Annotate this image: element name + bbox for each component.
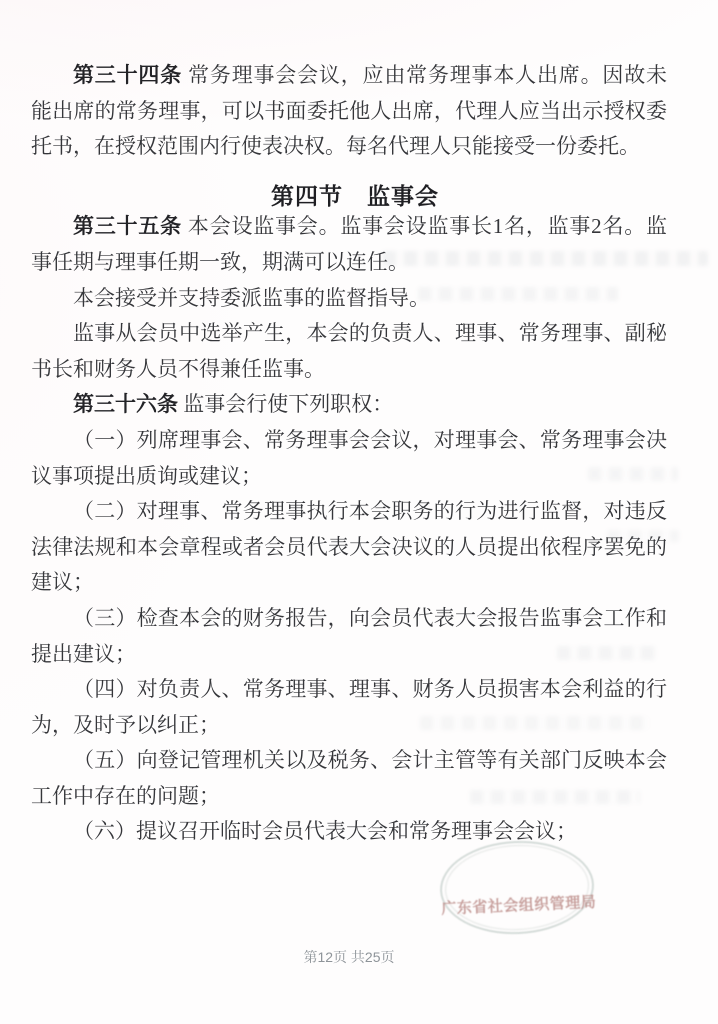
text-line: 第三十五条 本会设监事会。监事会设监事长1名，监事2名。监 bbox=[31, 209, 667, 245]
text-line: （二）对理事、常务理事执行本会职务的行为进行监督，对违反 bbox=[31, 494, 667, 530]
text-line: 建议； bbox=[31, 565, 667, 601]
text-line: 监事从会员中选举产生，本会的负责人、理事、常务理事、副秘 bbox=[31, 316, 667, 352]
line-text: 书长和财务人员不得兼任监事。 bbox=[31, 357, 325, 381]
line-text: （二）对理事、常务理事执行本会职务的行为进行监督，对违反 bbox=[73, 499, 667, 523]
text-line: 第三十四条 常务理事会会议，应由常务理事本人出席。因故未 bbox=[31, 58, 667, 94]
line-text: （五）向登记管理机关以及税务、会计主管等有关部门反映本会 bbox=[73, 748, 667, 772]
line-text: 工作中存在的问题； bbox=[31, 784, 220, 808]
text-line: 事任期与理事任期一致，期满可以连任。 bbox=[31, 245, 667, 281]
page-number: 第12页 共25页 bbox=[31, 947, 667, 967]
text-line: 提出建议； bbox=[31, 637, 667, 673]
text-line: （五）向登记管理机关以及税务、会计主管等有关部门反映本会 bbox=[31, 743, 667, 779]
stamp-ring-icon bbox=[443, 842, 591, 933]
text-line: 能出席的常务理事，可以书面委托他人出席，代理人应当出示授权委 bbox=[31, 94, 667, 130]
text-line: 法律法规和本会章程或者会员代表大会决议的人员提出依程序罢免的 bbox=[31, 530, 667, 566]
text-line: 为，及时予以纠正； bbox=[31, 708, 667, 744]
line-text: 常务理事会会议，应由常务理事本人出席。因故未 bbox=[182, 63, 667, 87]
article-number: 第三十四条 bbox=[73, 63, 182, 87]
text-line: （三）检查本会的财务报告，向会员代表大会报告监事会工作和 bbox=[31, 601, 667, 637]
line-text: 本会接受并支持委派监事的监督指导。 bbox=[73, 286, 430, 310]
line-text: （三）检查本会的财务报告，向会员代表大会报告监事会工作和 bbox=[73, 606, 667, 630]
document-page: 第三十四条 常务理事会会议，应由常务理事本人出席。因故未 能出席的常务理事，可以… bbox=[0, 0, 718, 1024]
line-text: 法律法规和本会章程或者会员代表大会决议的人员提出依程序罢免的 bbox=[31, 535, 667, 559]
text-line: 书长和财务人员不得兼任监事。 bbox=[31, 352, 667, 388]
line-text: 建议； bbox=[31, 570, 94, 594]
line-text: 托书，在授权范围内行使表决权。每名代理人只能接受一份委托。 bbox=[31, 134, 640, 158]
line-text: （一）列席理事会、常务理事会会议，对理事会、常务理事会决 bbox=[73, 428, 667, 452]
line-text: 议事项提出质询或建议； bbox=[31, 464, 262, 488]
line-text: 提出建议； bbox=[31, 642, 136, 666]
text-line: 议事项提出质询或建议； bbox=[31, 459, 667, 495]
text-line: 工作中存在的问题； bbox=[31, 779, 667, 815]
line-text: （六）提议召开临时会员代表大会和常务理事会会议； bbox=[73, 819, 577, 843]
text-line: （六）提议召开临时会员代表大会和常务理事会会议； bbox=[31, 814, 667, 850]
text-line: 本会接受并支持委派监事的监督指导。 bbox=[31, 281, 667, 317]
stamp-ring-icon bbox=[438, 838, 596, 938]
text-line: 第三十六条 监事会行使下列职权： bbox=[31, 387, 667, 423]
text-line: （四）对负责人、常务理事、理事、财务人员损害本会利益的行 bbox=[31, 672, 667, 708]
text-line: （一）列席理事会、常务理事会会议，对理事会、常务理事会决 bbox=[31, 423, 667, 459]
line-text: （四）对负责人、常务理事、理事、财务人员损害本会利益的行 bbox=[73, 677, 667, 701]
document-body: 第三十四条 常务理事会会议，应由常务理事本人出席。因故未 能出席的常务理事，可以… bbox=[31, 58, 667, 850]
line-text: 能出席的常务理事，可以书面委托他人出席，代理人应当出示授权委 bbox=[31, 99, 667, 123]
line-text: 监事从会员中选举产生，本会的负责人、理事、常务理事、副秘 bbox=[73, 321, 667, 345]
article-number: 第三十六条 bbox=[73, 392, 178, 416]
line-text: 监事会行使下列职权： bbox=[178, 392, 393, 416]
text-line: 托书，在授权范围内行使表决权。每名代理人只能接受一份委托。 bbox=[31, 129, 667, 165]
line-text: 为，及时予以纠正； bbox=[31, 713, 220, 737]
line-text: 本会设监事会。监事会设监事长1名，监事2名。监 bbox=[182, 214, 667, 238]
line-text: 事任期与理事任期一致，期满可以连任。 bbox=[31, 250, 409, 274]
stamp-text: 广东省社会组织管理局 bbox=[438, 891, 599, 919]
article-number: 第三十五条 bbox=[73, 214, 182, 238]
